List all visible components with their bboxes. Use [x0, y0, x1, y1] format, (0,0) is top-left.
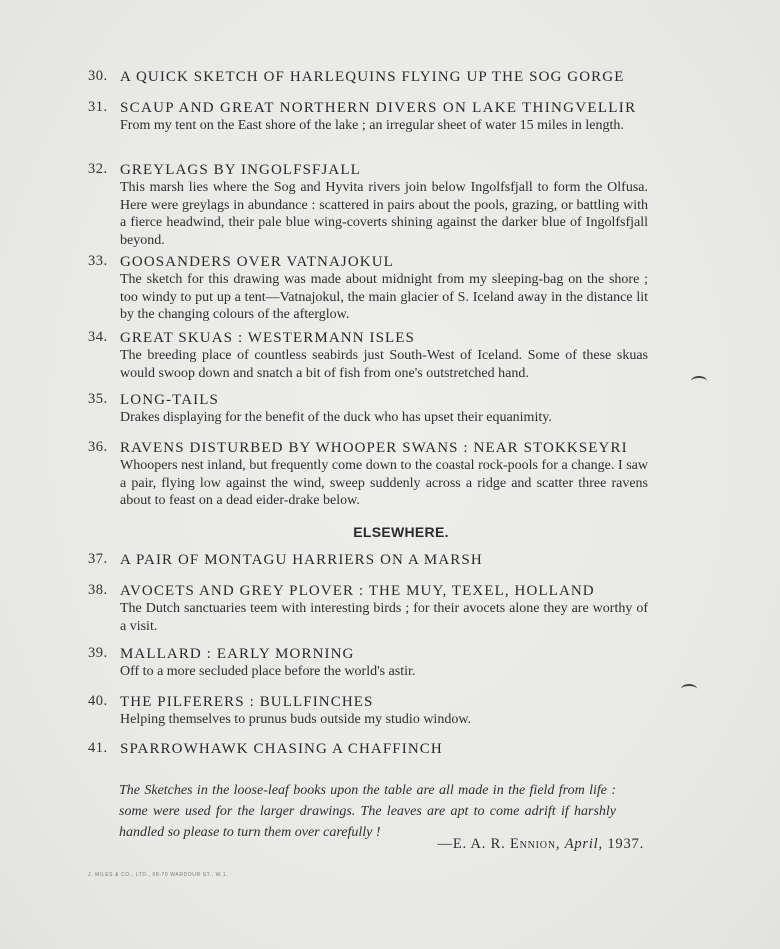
- signature-name: Ennion: [510, 836, 556, 852]
- entry-description: This marsh lies where the Sog and Hyvita…: [120, 179, 648, 249]
- entry-description: The sketch for this drawing was made abo…: [120, 271, 648, 324]
- entry-37: 37. A Pair of Montagu Harriers on a Mars…: [88, 551, 648, 569]
- document-page: 30. A Quick Sketch of Harlequins flying …: [0, 0, 780, 949]
- entry-title: Long-Tails: [120, 391, 648, 409]
- entry-title: A Pair of Montagu Harriers on a Marsh: [120, 551, 648, 569]
- signature: —E. A. R. Ennion, April, 1937.: [438, 836, 644, 853]
- entry-title: Avocets and Grey Plover : The Muy, Texel…: [120, 582, 648, 600]
- entry-description: The breeding place of countless seabirds…: [120, 347, 648, 382]
- entry-title: Ravens disturbed by Whooper Swans : Near…: [120, 439, 648, 457]
- signature-prefix: —E. A. R.: [438, 836, 510, 852]
- closing-note: The Sketches in the loose-leaf books upo…: [119, 780, 616, 843]
- entry-number: 38.: [88, 582, 108, 599]
- entry-description: Helping themselves to prunus buds outsid…: [120, 711, 648, 729]
- entry-number: 40.: [88, 693, 108, 710]
- binding-mark: [691, 376, 707, 386]
- entry-35: 35. Long-Tails Drakes displaying for the…: [88, 391, 648, 427]
- entry-title: Sparrowhawk chasing a Chaffinch: [120, 740, 648, 758]
- entry-41: 41. Sparrowhawk chasing a Chaffinch: [88, 740, 648, 758]
- entry-number: 30.: [88, 68, 108, 85]
- entry-title: The Pilferers : Bullfinches: [120, 693, 648, 711]
- entry-number: 35.: [88, 391, 108, 408]
- entry-38: 38. Avocets and Grey Plover : The Muy, T…: [88, 582, 648, 635]
- entry-32: 32. Greylags by Ingolfsfjall This marsh …: [88, 161, 648, 249]
- entry-31: 31. Scaup and Great Northern Divers on L…: [88, 99, 648, 135]
- signature-year: , 1937.: [599, 836, 644, 852]
- entry-description: The Dutch sanctuaries teem with interest…: [120, 600, 648, 635]
- entry-30: 30. A Quick Sketch of Harlequins flying …: [88, 68, 648, 86]
- printer-imprint: J. MILES & CO., LTD., 68-70 WARDOUR ST.,…: [88, 872, 228, 878]
- entry-description: From my tent on the East shore of the la…: [120, 117, 648, 135]
- signature-sep: ,: [556, 836, 565, 852]
- entry-description: Whoopers nest inland, but frequently com…: [120, 457, 648, 510]
- entry-number: 36.: [88, 439, 108, 456]
- section-heading: ELSEWHERE.: [0, 524, 780, 540]
- entry-number: 41.: [88, 740, 108, 757]
- signature-month: April: [565, 836, 599, 852]
- entry-title: Great Skuas : Westermann Isles: [120, 329, 648, 347]
- entry-number: 39.: [88, 645, 108, 662]
- entry-number: 34.: [88, 329, 108, 346]
- entry-33: 33. Goosanders over Vatnajokul The sketc…: [88, 253, 648, 324]
- entry-number: 37.: [88, 551, 108, 568]
- entry-number: 32.: [88, 161, 108, 178]
- entry-number: 33.: [88, 253, 108, 270]
- entry-39: 39. Mallard : Early Morning Off to a mor…: [88, 645, 648, 681]
- entry-title: Greylags by Ingolfsfjall: [120, 161, 648, 179]
- entry-title: Mallard : Early Morning: [120, 645, 648, 663]
- entry-description: Off to a more secluded place before the …: [120, 663, 648, 681]
- entry-title: Goosanders over Vatnajokul: [120, 253, 648, 271]
- entry-34: 34. Great Skuas : Westermann Isles The b…: [88, 329, 648, 382]
- entry-number: 31.: [88, 99, 108, 116]
- binding-mark: [681, 684, 697, 694]
- entry-40: 40. The Pilferers : Bullfinches Helping …: [88, 693, 648, 729]
- entry-title: A Quick Sketch of Harlequins flying up t…: [120, 68, 648, 86]
- entry-description: Drakes displaying for the benefit of the…: [120, 409, 648, 427]
- entry-36: 36. Ravens disturbed by Whooper Swans : …: [88, 439, 648, 510]
- entry-title: Scaup and Great Northern Divers on Lake …: [120, 99, 648, 117]
